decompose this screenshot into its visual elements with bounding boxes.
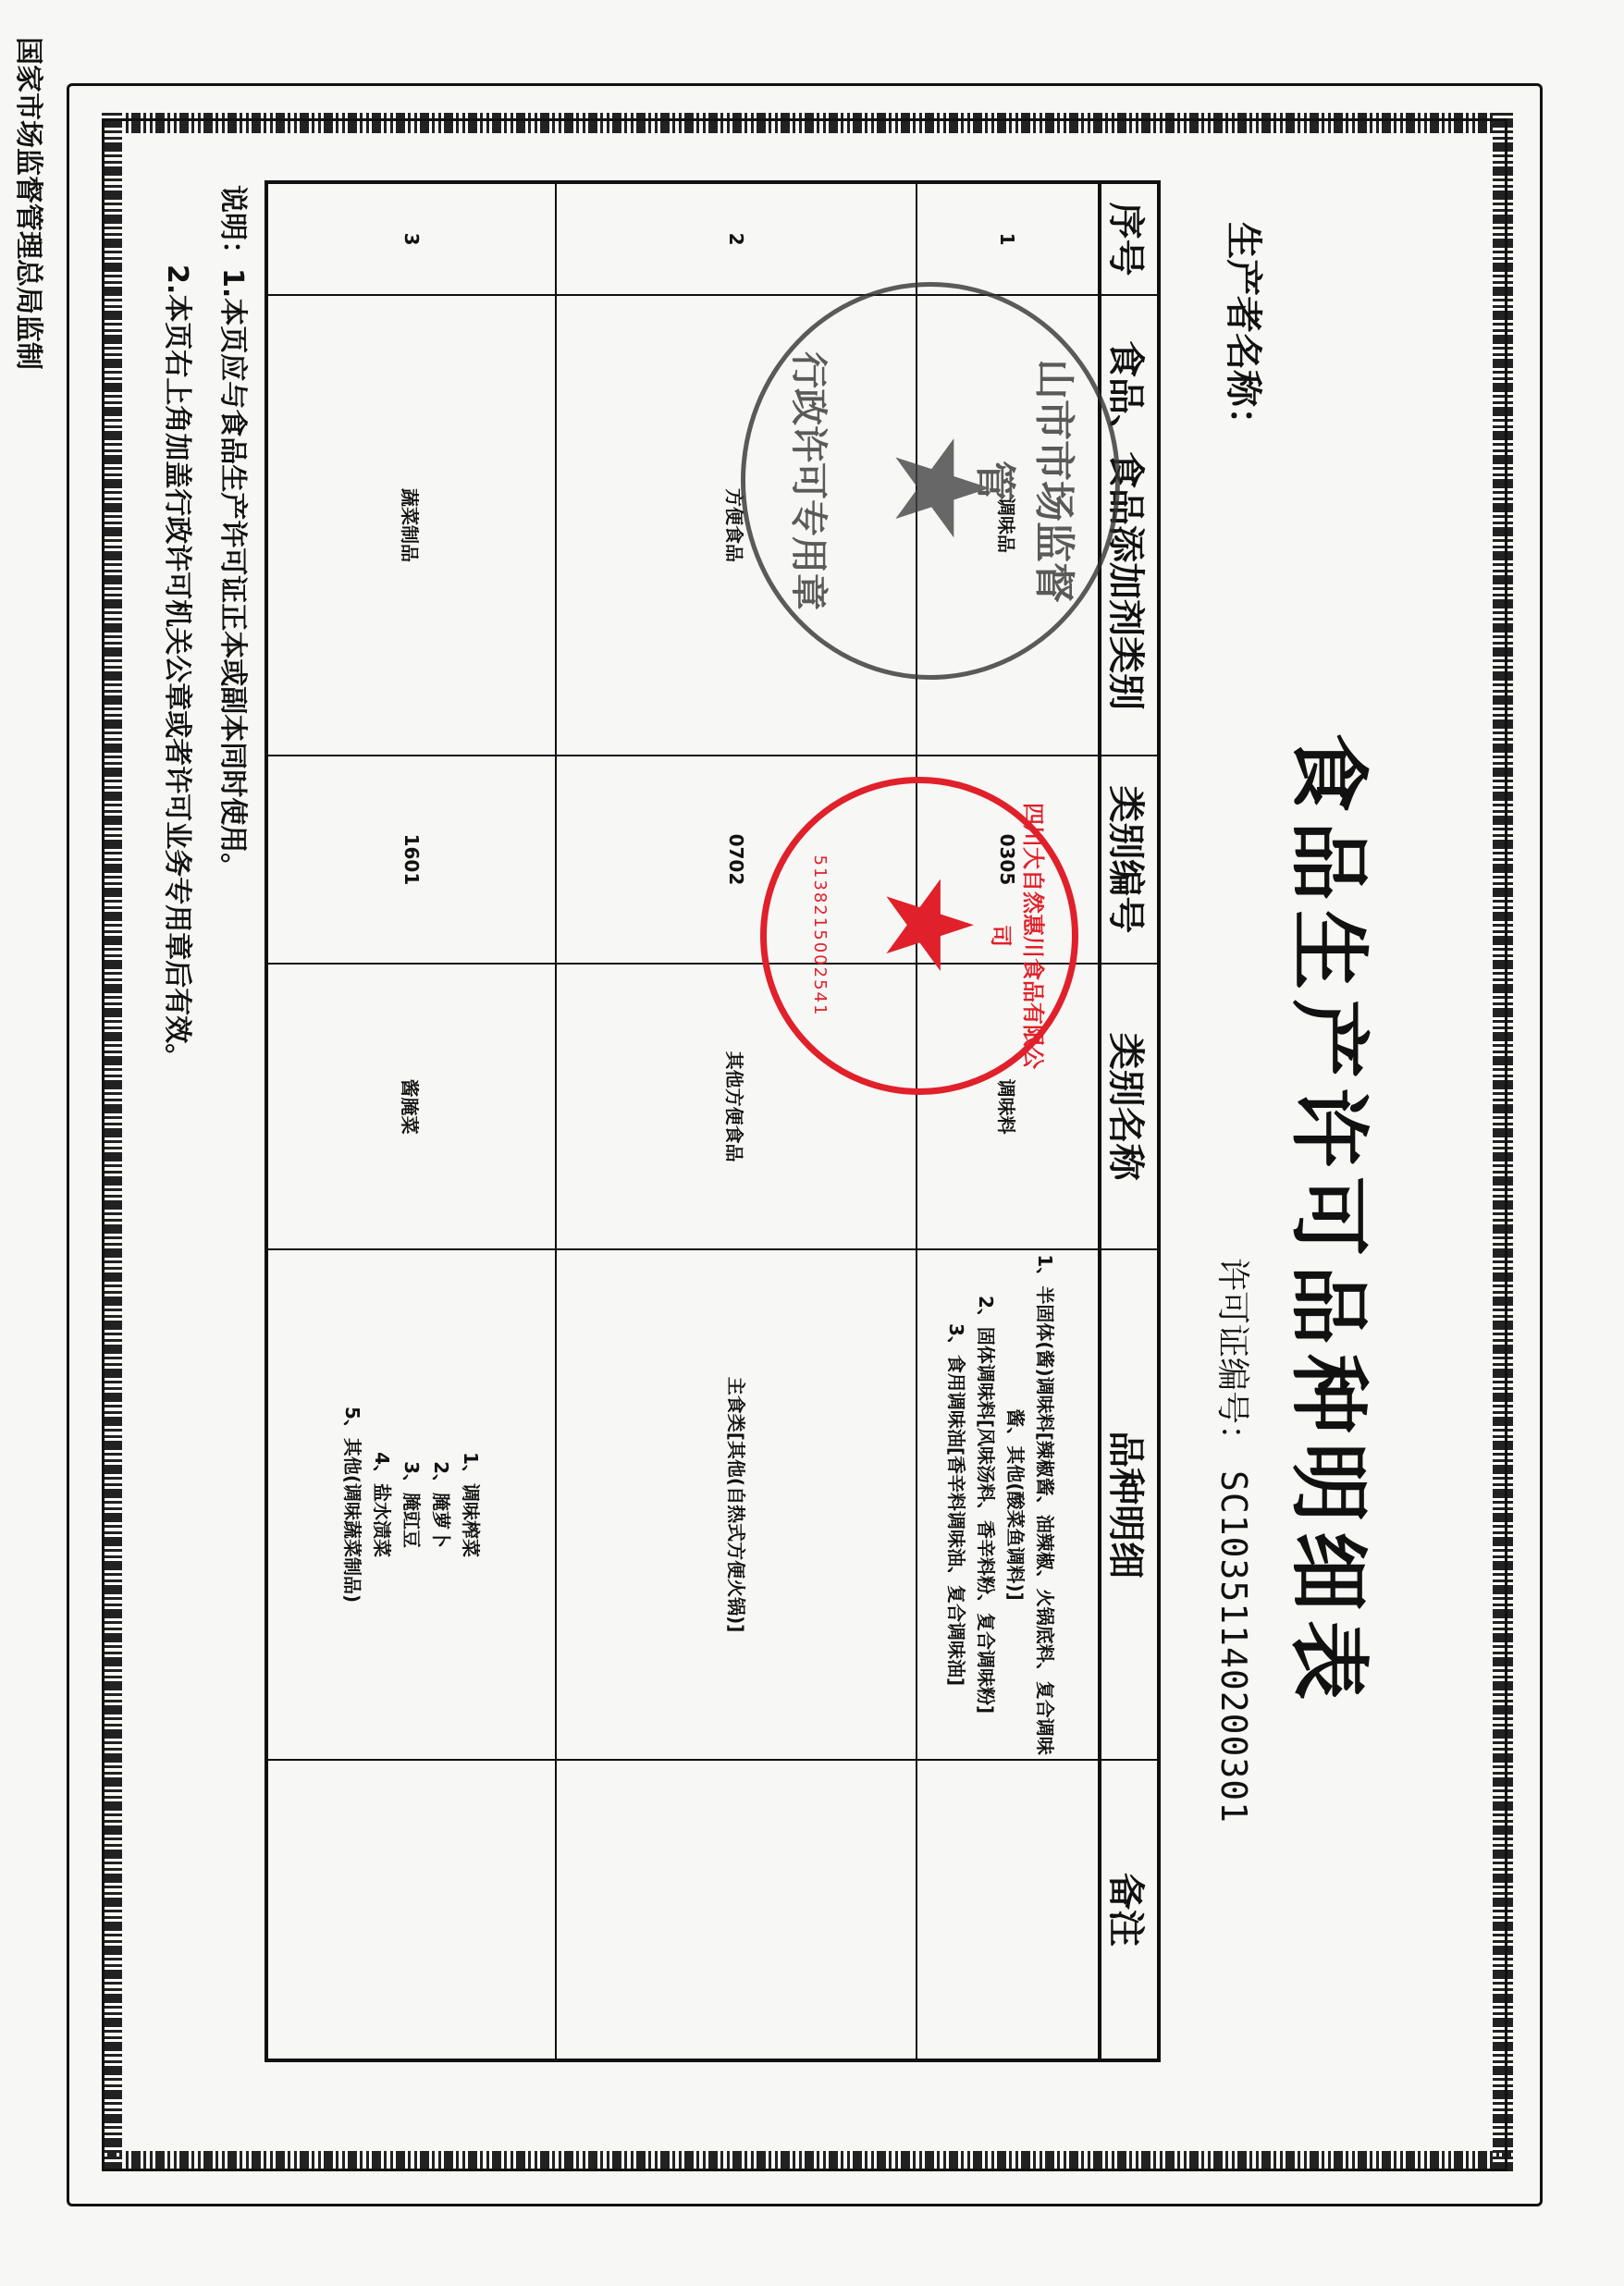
cell-remark xyxy=(556,1760,917,2060)
producer-name-label: 生产者名称： xyxy=(1220,222,1273,444)
variety-item: 主食类[其他(自热式方便火锅)] xyxy=(721,1250,751,1759)
cell-name: 酱腌菜 xyxy=(266,964,556,1249)
authority-seal-center-text: 行政许可专用章 xyxy=(785,305,838,657)
cell-no: 1 xyxy=(917,182,1100,295)
cell-varieties: 1、半固体(酱)调味料[辣椒酱、油辣椒、火锅底料、复合调味酱、其他(酸菜鱼调料)… xyxy=(917,1249,1100,1760)
star-icon: ★ xyxy=(868,871,989,979)
cell-remark xyxy=(266,1760,556,2060)
variety-item: 1、调味榨菜 xyxy=(456,1250,486,1759)
note-2: 2.本页右上角加盖行政许可机关公章或者许可业务专用章后有效。 xyxy=(149,185,204,1071)
col-header-remark: 备注 xyxy=(1100,1760,1159,2060)
variety-item: 4、盐水渍菜 xyxy=(367,1250,397,1759)
cell-remark xyxy=(917,1760,1100,2060)
footer-issuer: 国家市场监督管理总局监制 xyxy=(11,37,52,370)
authority-seal: 山市市场监督管 ★ 行政许可专用章 xyxy=(741,282,1120,680)
company-seal-code: 5138215002541 xyxy=(810,820,830,1051)
col-header-no: 序号 xyxy=(1100,182,1159,295)
license-number-label: 许可证编号： xyxy=(1213,1258,1251,1457)
col-header-varieties: 品种明细 xyxy=(1100,1249,1159,1760)
cell-category: 蔬菜制品 xyxy=(266,295,556,756)
variety-item: 2、固体调味料[风味汤料、香辛料粉、复合调味粉] xyxy=(972,1250,1002,1759)
variety-item: 3、食用调味油[香辛料调味油、复合调味油] xyxy=(942,1250,972,1759)
cell-code: 1601 xyxy=(266,756,556,964)
col-header-code: 类别编号 xyxy=(1100,756,1159,964)
page-title: 食品生产许可品种明细表 xyxy=(1278,573,1393,1868)
cell-varieties: 主食类[其他(自热式方便火锅)] xyxy=(556,1249,917,1760)
cell-varieties: 1、调味榨菜 2、腌萝卜 3、腌豇豆 4、盐水渍菜 5、其他(调味蔬菜制品) xyxy=(266,1249,556,1760)
cell-no: 3 xyxy=(266,182,556,295)
license-number: 许可证编号：SC10351140200301 xyxy=(1212,1258,1259,1824)
cell-no: 2 xyxy=(556,182,917,295)
variety-item: 5、其他(调味蔬菜制品) xyxy=(338,1250,367,1759)
notes: 说明：1.本页应与食品生产许可证正本或副本同时使用。 2.本页右上角加盖行政许可… xyxy=(149,185,260,1071)
table-row: 3 蔬菜制品 1601 酱腌菜 1、调味榨菜 2、腌萝卜 3、腌豇豆 4、盐水渍… xyxy=(266,182,556,2060)
note-1: 说明：1.本页应与食品生产许可证正本或副本同时使用。 xyxy=(204,185,260,1071)
variety-item: 1、半固体(酱)调味料[辣椒酱、油辣椒、火锅底料、复合调味酱、其他(酸菜鱼调料)… xyxy=(1002,1250,1061,1759)
company-seal: 四川大自然惠川食品有限公司 ★ 5138215002541 xyxy=(760,777,1078,1095)
license-detail-page: 食品生产许可品种明细表 生产者名称： 许可证编号：SC1035114020030… xyxy=(0,0,1624,2286)
license-number-value: SC10351140200301 xyxy=(1213,1470,1254,1824)
star-icon: ★ xyxy=(875,430,1004,547)
variety-item: 3、腌豇豆 xyxy=(397,1250,426,1759)
variety-item: 2、腌萝卜 xyxy=(426,1250,456,1759)
col-header-name: 类别名称 xyxy=(1100,964,1159,1249)
